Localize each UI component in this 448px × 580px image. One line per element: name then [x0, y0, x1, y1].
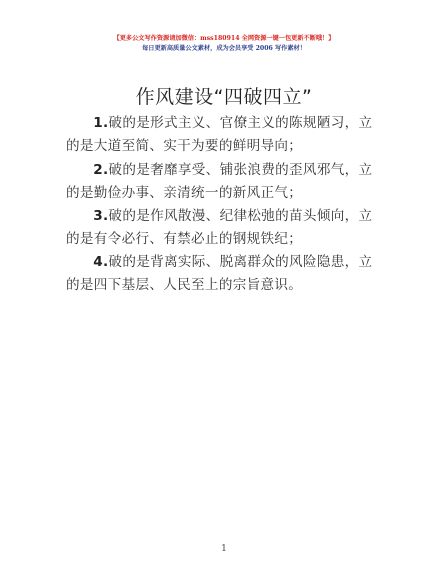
- promo-header-line-2: 每日更新高质量公文素材，成为会员享受 2006 写作素材！: [0, 43, 448, 52]
- document-title: 作风建设“四破四立”: [0, 82, 448, 109]
- promo-header-line-1: 【更多公文写作资源请加微信：mss180914 全网资源一键一包更新不断哦！】: [0, 33, 448, 42]
- paragraph-number: 1.: [93, 115, 108, 131]
- paragraph-1: 1.破的是形式主义、官僚主义的陈规陋习，立的是大道至简、实干为要的鲜明导向；: [66, 112, 384, 158]
- paragraph-number: 3.: [93, 208, 108, 224]
- paragraph-number: 2.: [93, 162, 108, 178]
- paragraph-text: 破的是作风散漫、纪律松弛的苗头倾向，立的是有令必行、有禁必止的钢规铁纪；: [66, 208, 372, 247]
- paragraph-text: 破的是背离实际、脱离群众的风险隐患，立的是四下基层、人民至上的宗旨意识。: [66, 254, 372, 293]
- document-page: 【更多公文写作资源请加微信：mss180914 全网资源一键一包更新不断哦！】 …: [0, 0, 448, 580]
- paragraph-text: 破的是形式主义、官僚主义的陈规陋习，立的是大道至简、实干为要的鲜明导向；: [66, 115, 372, 154]
- paragraph-3: 3.破的是作风散漫、纪律松弛的苗头倾向，立的是有令必行、有禁必止的钢规铁纪；: [66, 205, 384, 251]
- paragraph-number: 4.: [93, 254, 108, 270]
- paragraph-4: 4.破的是背离实际、脱离群众的风险隐患，立的是四下基层、人民至上的宗旨意识。: [66, 251, 384, 297]
- paragraph-text: 破的是奢靡享受、铺张浪费的歪风邪气，立的是勤俭办事、亲清统一的新风正气；: [66, 162, 372, 201]
- page-number: 1: [0, 544, 448, 554]
- paragraph-2: 2.破的是奢靡享受、铺张浪费的歪风邪气，立的是勤俭办事、亲清统一的新风正气；: [66, 159, 384, 205]
